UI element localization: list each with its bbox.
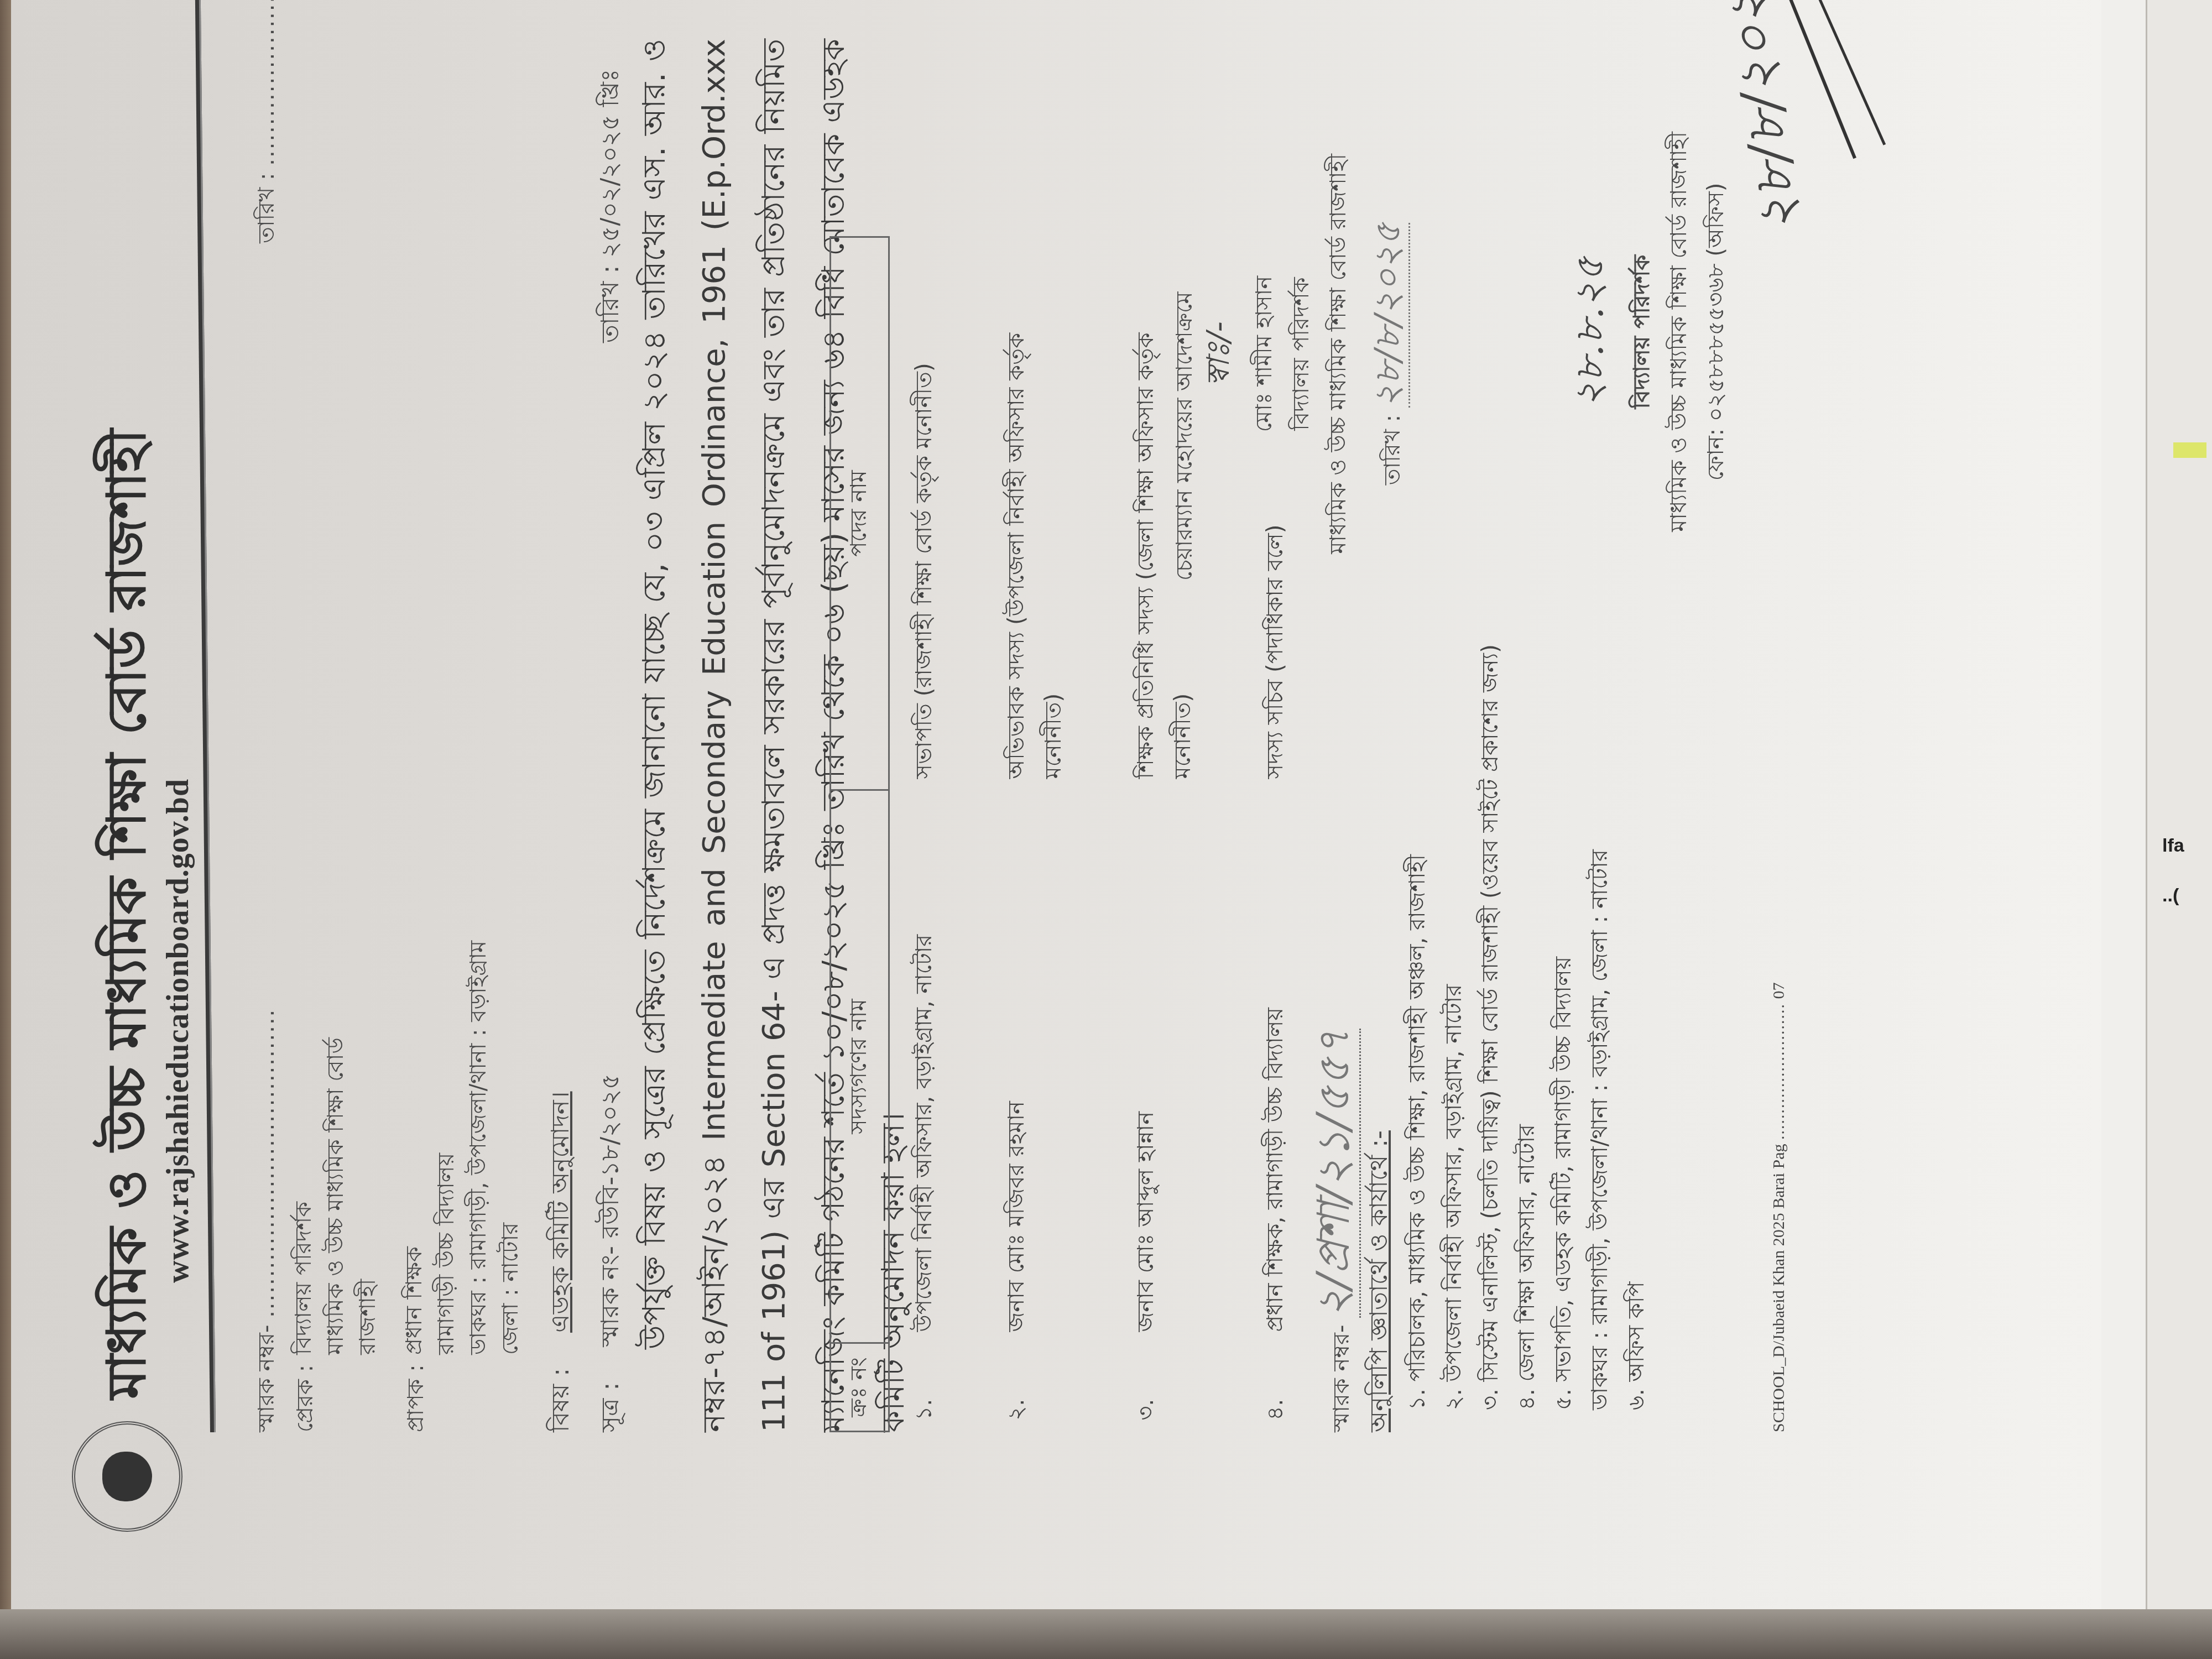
subject-text: এডহক কমিটি অনুমোদন। — [546, 1091, 575, 1332]
sender-block: বিদ্যালয় পরিদর্শক মাধ্যমিক ও উচ্চ মাধ্য… — [288, 1037, 384, 1355]
cell-designation: অভিভাবক সদস্য (উপজেলা নির্বাহী অফিসার কর… — [982, 237, 1112, 790]
recipient-label: প্রাপক : — [398, 1364, 435, 1432]
sender-label: প্রেরক : — [288, 1365, 325, 1432]
col-member-name: সদস্যগণের নাম — [831, 790, 889, 1343]
signatory-2-office: মাধ্যমিক ও উচ্চ মাধ্যমিক শিক্ষা বোর্ড রা… — [1661, 83, 1698, 581]
date-label: তারিখ : — [254, 173, 279, 243]
signatory-block-2: ২৮.৮.২৫ বিদ্যালয় পরিদর্শক মাধ্যমিক ও উচ… — [1559, 83, 1735, 581]
signatory-designation: বিদ্যালয় পরিদর্শক — [1284, 144, 1321, 564]
reference-text: স্মারক নং- রউবি-১৮/২০২৫ — [596, 1073, 624, 1347]
subject-line: বিষয় : এডহক কমিটি অনুমোদন। — [542, 1091, 582, 1432]
table-row: ১. উপজেলা নির্বাহী অফিসার, বড়াইগ্রাম, ন… — [889, 237, 983, 1432]
print-note-text: SCHOOL_D/Jubaeid Khan 2025 Barai Pag — [1770, 1144, 1788, 1432]
letterhead-divider — [195, 0, 216, 1432]
cell-member-name: জনাব মোঃ মজিবর রহমান — [982, 790, 1112, 1343]
sender-line: রাজশাহী — [352, 1037, 384, 1355]
reference-label: সূত্র : — [596, 1383, 624, 1432]
list-item: ৩. সিস্টেম এনালিস্ট, (চলতি দায়িত্ব) শিক… — [1472, 644, 1509, 1410]
table-row: ২. জনাব মোঃ মজিবর রহমান অভিভাবক সদস্য (উ… — [982, 237, 1112, 1432]
recipient-line: প্রধান শিক্ষক — [398, 941, 430, 1355]
list-item: ২. উপজেলা নির্বাহী অফিসার, বড়াইগ্রাম, ন… — [1436, 644, 1472, 1410]
signatory-2-designation: বিদ্যালয় পরিদর্শক — [1624, 83, 1661, 581]
recipient-line: জেলা : নাটোর — [494, 941, 526, 1355]
cell-serial: ২. — [982, 1343, 1112, 1432]
document-photo: মাধ্যমিক ও উচ্চ মাধ্যমিক শিক্ষা বোর্ড রা… — [11, 0, 2101, 1615]
cell-serial: ৩. — [1112, 1343, 1241, 1432]
col-serial: ক্রঃ নং — [831, 1343, 889, 1432]
signatory-name: মোঃ শামীম হাসান — [1246, 144, 1284, 564]
recipient-line: ডাকঘর : রামাগাড়ী, উপজেলা/থানা : বড়াইগ্… — [462, 941, 494, 1355]
copies-list: ১. পরিচালক, মাধ্যমিক ও উচ্চ শিক্ষা, রাজশ… — [1399, 644, 1655, 1410]
memo-bottom-handwritten: ২/প্রশা/২১/৫৫৭ — [1308, 1029, 1361, 1318]
list-item: ৪. জেলা শিক্ষা অফিসার, নাটোর — [1509, 644, 1545, 1410]
list-item: ১. পরিচালক, মাধ্যমিক ও উচ্চ শিক্ষা, রাজশ… — [1399, 644, 1436, 1410]
board-crest-icon — [72, 1421, 182, 1532]
col-designation: পদের নাম — [831, 237, 889, 790]
footer-print-note: SCHOOL_D/Jubaeid Khan 2025 Barai Pag ...… — [1770, 982, 1788, 1432]
list-item: ডাকঘর : রামাগাড়ী, উপজেলা/থানা : বড়াইগ্… — [1582, 644, 1618, 1410]
desk-surface — [0, 1609, 2212, 1659]
signatory-date: তারিখ : ২৮/৮/২০২৫ — [1361, 144, 1420, 564]
sticky-note — [2173, 442, 2206, 458]
recipient-line: রামাগাড়ী উচ্চ বিদ্যালয় — [430, 941, 462, 1355]
cell-serial: ১. — [889, 1343, 983, 1432]
signatory-block-1: স্বাঃ/- মোঃ শামীম হাসান বিদ্যালয় পরিদর্… — [1194, 144, 1420, 564]
under-sheet-text-fragment: lfa — [2162, 835, 2184, 857]
cell-member-name: জনাব মোঃ আব্দুল হান্নান — [1112, 790, 1241, 1343]
memo-label: স্মারক নম্বর- — [254, 1325, 279, 1432]
cell-member-name: উপজেলা নির্বাহী অফিসার, বড়াইগ্রাম, নাটো… — [889, 790, 983, 1343]
list-item: ৫. সভাপতি, এডহক কমিটি, রামাগাড়ী উচ্চ বি… — [1545, 644, 1582, 1410]
signatory-date-label: তারিখ : — [1380, 415, 1405, 486]
list-item: ৬. অফিস কপি — [1618, 644, 1655, 1410]
initials-signature: ২৮.৮.২৫ — [1559, 83, 1624, 581]
date-line: তারিখ : ................................… — [249, 0, 286, 243]
table-header-row: ক্রঃ নং সদস্যগণের নাম পদের নাম — [831, 237, 889, 1432]
memo-number-line: স্মারক নম্বর- ..........................… — [249, 1009, 286, 1432]
under-sheet-text-fragment-2: ..( — [2162, 885, 2179, 906]
signature-1: স্বাঃ/- — [1194, 144, 1246, 564]
letter-page: মাধ্যমিক ও উচ্চ মাধ্যমিক শিক্ষা বোর্ড রা… — [11, 0, 2101, 1615]
subject-label: বিষয় : — [546, 1368, 575, 1432]
signatory-office: মাধ্যমিক ও উচ্চ মাধ্যমিক শিক্ষা বোর্ড রা… — [1321, 144, 1358, 564]
cell-designation: সভাপতি (রাজশাহী শিক্ষা বোর্ড কর্তৃক মনোন… — [889, 237, 983, 790]
letterhead-website: www.rajshahieducationboard.gov.bd — [160, 779, 196, 1283]
date-dots: ...................................... — [254, 0, 279, 166]
sender-line: মাধ্যমিক ও উচ্চ মাধ্যমিক শিক্ষা বোর্ড — [320, 1037, 352, 1355]
memo-bottom-label: স্মারক নম্বর- — [1329, 1325, 1354, 1432]
copies-title: অনুলিপি জ্ঞাতার্থে ও কার্যার্থে :- — [1360, 1130, 1401, 1432]
memo-dots: ...................................... — [254, 1009, 279, 1318]
page-number: 07 — [1770, 982, 1788, 999]
sender-line: বিদ্যালয় পরিদর্শক — [288, 1037, 320, 1355]
recipient-block: প্রধান শিক্ষক রামাগাড়ী উচ্চ বিদ্যালয় ড… — [398, 941, 526, 1355]
signatory-date-handwritten: ২৮/৮/২০২৫ — [1368, 223, 1410, 408]
